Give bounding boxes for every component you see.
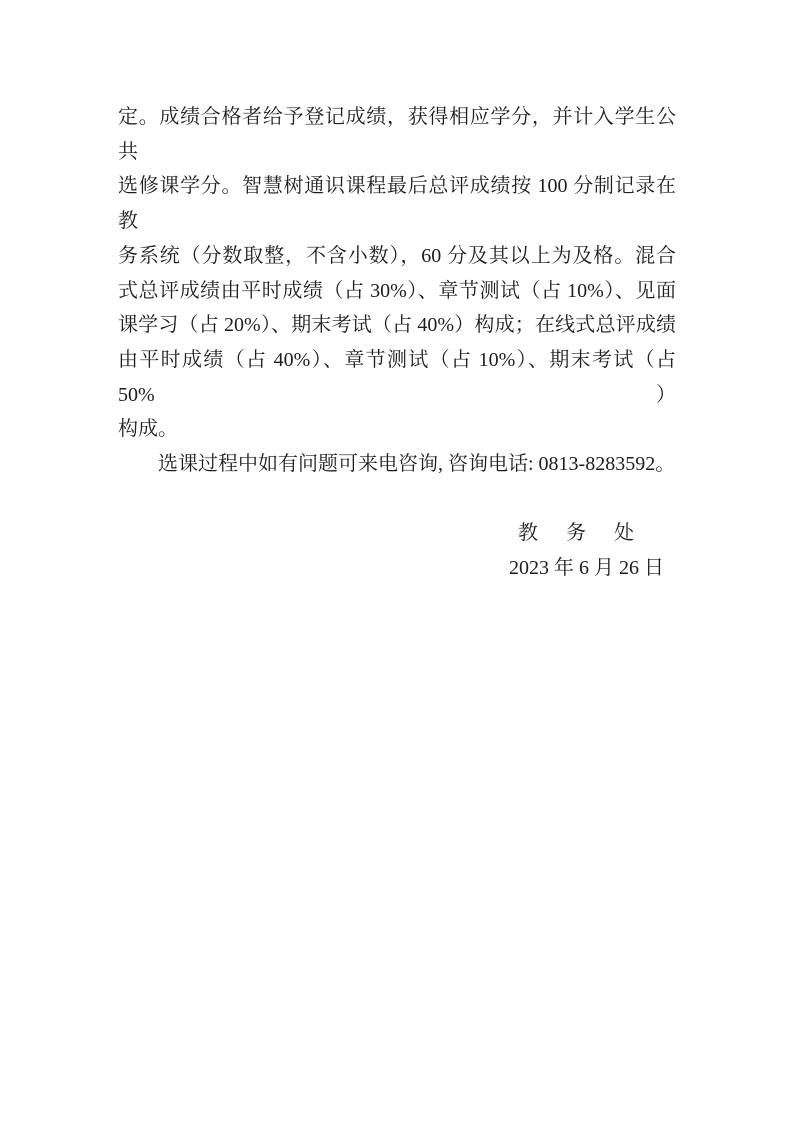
document-page: 定。成绩合格者给予登记成绩，获得相应学分，并计入学生公共 选修课学分。智慧树通识… bbox=[0, 0, 793, 1122]
signature-date: 2023 年 6 月 26 日 bbox=[118, 551, 676, 586]
signature-org-char: 务 bbox=[566, 516, 586, 551]
body-line: 定。成绩合格者给予登记成绩，获得相应学分，并计入学生公共 bbox=[118, 100, 676, 169]
signature-org-char: 教 bbox=[518, 516, 538, 551]
body-line: 由平时成绩（占 40%）、章节测试（占 10%）、期末考试（占 50%） bbox=[118, 343, 676, 412]
body-line: 选修课学分。智慧树通识课程最后总评成绩按 100 分制记录在教 bbox=[118, 169, 676, 238]
document-body: 定。成绩合格者给予登记成绩，获得相应学分，并计入学生公共 选修课学分。智慧树通识… bbox=[118, 100, 676, 586]
body-line: 构成。 bbox=[118, 412, 676, 447]
signature-org-char: 处 bbox=[614, 516, 634, 551]
contact-line: 选课过程中如有问题可来电咨询, 咨询电话: 0813-8283592。 bbox=[118, 447, 676, 482]
body-line: 式总评成绩由平时成绩（占 30%）、章节测试（占 10%）、见面 bbox=[118, 274, 676, 309]
blank-line bbox=[118, 482, 676, 517]
body-line: 课学习（占 20%）、期末考试（占 40%）构成；在线式总评成绩 bbox=[118, 308, 676, 343]
body-line: 务系统（分数取整，不含小数），60 分及其以上为及格。混合 bbox=[118, 239, 676, 274]
signature-org: 教 务 处 bbox=[118, 516, 676, 551]
